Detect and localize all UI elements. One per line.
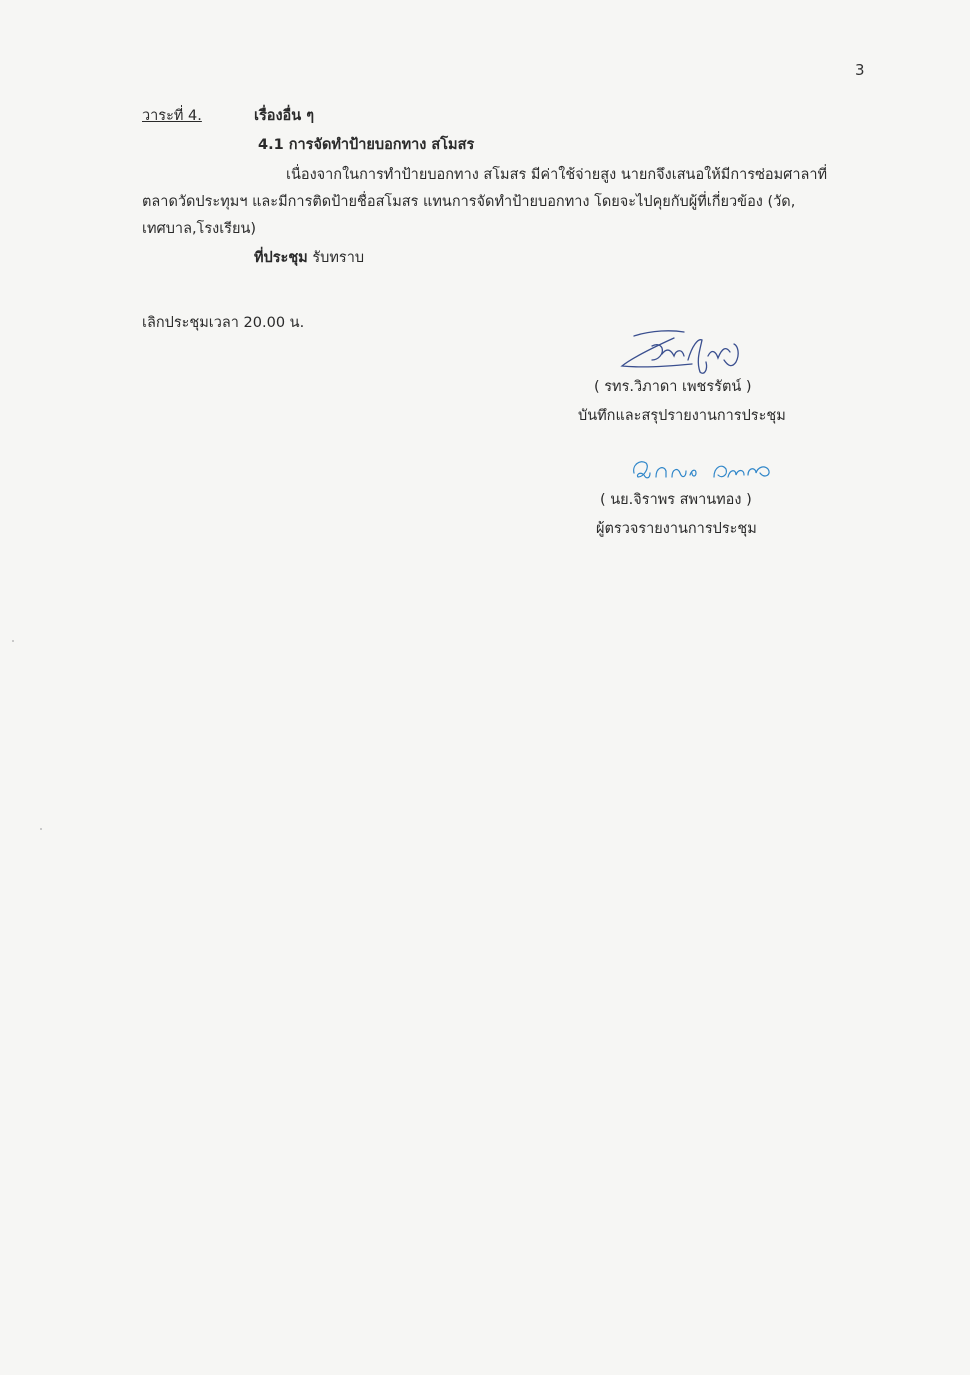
agenda-title: เรื่องอื่น ๆ — [254, 106, 314, 126]
page-number: 3 — [855, 60, 865, 80]
signatory-name: ( นย.จิราพร สพานทอง ) — [600, 490, 752, 510]
document-page: 3 วาระที่ 4. เรื่องอื่น ๆ 4.1 การจัดทำป้… — [0, 0, 970, 1375]
closing-time: เลิกประชุมเวลา 20.00 น. — [142, 313, 304, 333]
signatory-role: บันทึกและสรุปรายงานการประชุม — [578, 406, 786, 426]
scan-speck — [40, 828, 42, 830]
body-paragraph-line: ตลาดวัดประทุมฯ และมีการติดป้ายชื่อสโมสร … — [142, 192, 795, 212]
agenda-subtitle: 4.1 การจัดทำป้ายบอกทาง สโมสร — [258, 135, 474, 155]
signature-icon — [612, 326, 752, 378]
body-paragraph-line: เนื่องจากในการทำป้ายบอกทาง สโมสร มีค่าใช… — [286, 165, 827, 185]
agenda-label: วาระที่ 4. — [142, 106, 202, 126]
signatory-name: ( รทร.วิภาดา เพชรรัตน์ ) — [594, 377, 752, 397]
body-paragraph-line: เทศบาล,โรงเรียน) — [142, 219, 256, 239]
resolution: ที่ประชุม รับทราบ — [254, 248, 364, 268]
resolution-label: ที่ประชุม — [254, 250, 308, 266]
scan-speck — [12, 640, 14, 642]
signatory-role: ผู้ตรวจรายงานการประชุม — [596, 519, 757, 539]
signature-icon — [628, 453, 778, 485]
resolution-text: รับทราบ — [308, 250, 364, 266]
